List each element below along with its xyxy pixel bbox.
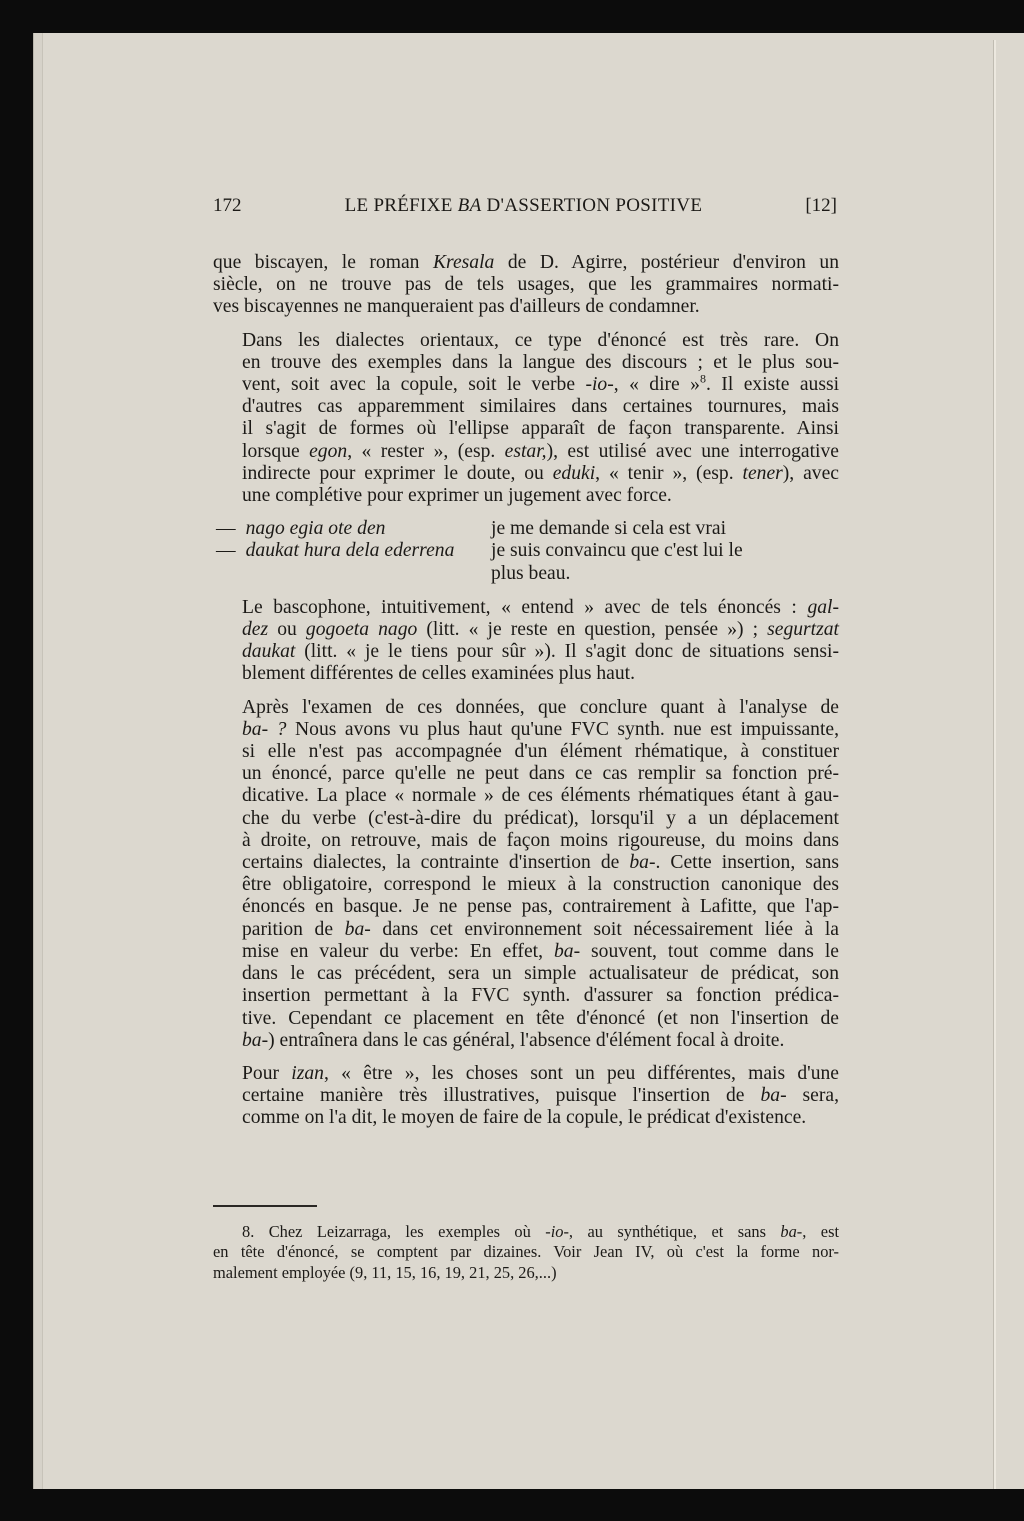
paragraph: Pour izan, « être », les choses sont un … [213, 1063, 839, 1130]
text-line: Pour izan, « être », les choses sont un … [213, 1063, 839, 1085]
title-prefix: LE PRÉFIXE [345, 195, 458, 216]
example-row: —daukat hura dela ederrena je suis conva… [213, 540, 839, 584]
footnote-ref: 8 [700, 371, 706, 385]
paragraph: que biscayen, le roman Kresala de D. Agi… [213, 252, 839, 319]
text-line: insertion permettant à la FVC synth. d'a… [213, 985, 839, 1007]
text-line: 8. Chez Leizarraga, les exemples où -io-… [213, 1222, 839, 1242]
text-line: parition de ba- dans cet environnement s… [213, 919, 839, 941]
text-line: il s'agit de formes où l'ellipse apparaî… [213, 418, 839, 440]
text-line: dans le cas précédent, sera un simple ac… [213, 963, 839, 985]
page-number: 172 [213, 195, 242, 217]
text-line: à droite, on retrouve, mais de façon moi… [213, 830, 839, 852]
text-line: vent, soit avec la copule, soit le verbe… [213, 374, 839, 396]
text-line: d'autres cas apparemment similaires dans… [213, 396, 839, 418]
text-line: Après l'examen de ces données, que concl… [213, 697, 839, 719]
page-fold [993, 40, 996, 1489]
running-title: LE PRÉFIXE BA D'ASSERTION POSITIVE [345, 195, 703, 217]
text-line: siècle, on ne trouve pas de tels usages,… [213, 274, 839, 296]
translation-line: plus beau. [491, 563, 570, 584]
title-suffix: D'ASSERTION POSITIVE [481, 195, 702, 216]
text-line: ba-) entraînera dans le cas général, l'a… [213, 1030, 839, 1052]
translation-line: je suis convaincu que c'est lui le [491, 540, 743, 561]
text-line: être obligatoire, correspond le mieux à … [213, 874, 839, 896]
basque-text: daukat hura dela ederrena [246, 540, 455, 561]
example-basque: —nago egia ote den [213, 518, 491, 540]
text-line: tive. Cependant ce placement en tête d'é… [213, 1008, 839, 1030]
footnote: 8. Chez Leizarraga, les exemples où -io-… [213, 1222, 839, 1283]
example-translation: je suis convaincu que c'est lui leplus b… [491, 540, 839, 584]
translation-line: je me demande si cela est vrai [491, 518, 726, 539]
running-header: 172 LE PRÉFIXE BA D'ASSERTION POSITIVE [… [213, 195, 837, 217]
paragraph: Le bascophone, intuitivement, « entend »… [213, 597, 839, 686]
dash: — [216, 540, 236, 561]
text-line: dicative. La place « normale » de ces él… [213, 785, 839, 807]
example-row: —nago egia ote den je me demande si cela… [213, 518, 839, 540]
text-line: blement différentes de celles examinées … [213, 663, 839, 685]
text-line: malement employée (9, 11, 15, 16, 19, 21… [213, 1263, 839, 1283]
text-line: lorsque egon, « rester », (esp. estar,),… [213, 441, 839, 463]
title-italic: BA [458, 195, 482, 216]
text-line: dez ou gogoeta nago (litt. « je reste en… [213, 619, 839, 641]
text-line: ves biscayennes ne manqueraient pas d'ai… [213, 296, 839, 318]
text-line: Dans les dialectes orientaux, ce type d'… [213, 330, 839, 352]
text-line: si elle n'est pas accompagnée d'un éléme… [213, 741, 839, 763]
text-line: en tête d'énoncé, se comptent par dizain… [213, 1242, 839, 1262]
text-line: en trouve des exemples dans la langue de… [213, 352, 839, 374]
text-line: ba- ? Nous avons vu plus haut qu'une FVC… [213, 719, 839, 741]
dash: — [216, 518, 236, 539]
basque-text: nago egia ote den [246, 518, 386, 539]
example-translation: je me demande si cela est vrai [491, 518, 839, 540]
text-line: mise en valeur du verbe: En effet, ba- s… [213, 941, 839, 963]
text-line: une complétive pour exprimer un jugement… [213, 485, 839, 507]
text-line: certaine manière très illustratives, pui… [213, 1085, 839, 1107]
page-stack-edge [33, 33, 43, 1489]
text-line: un énoncé, parce qu'elle ne peut dans ce… [213, 763, 839, 785]
section-number: [12] [805, 195, 837, 217]
text-line: daukat (litt. « je le tiens pour sûr »).… [213, 641, 839, 663]
text-line: que biscayen, le roman Kresala de D. Agi… [213, 252, 839, 274]
text-line: certains dialectes, la contrainte d'inse… [213, 852, 839, 874]
text-line: indirecte pour exprimer le doute, ou edu… [213, 463, 839, 485]
paragraph: Après l'examen de ces données, que concl… [213, 697, 839, 1052]
text-line: che du verbe (c'est-à-dire du prédicat),… [213, 808, 839, 830]
main-text: que biscayen, le roman Kresala de D. Agi… [213, 252, 839, 1141]
example-list: —nago egia ote den je me demande si cela… [213, 518, 839, 585]
text-line: Le bascophone, intuitivement, « entend »… [213, 597, 839, 619]
paragraph: Dans les dialectes orientaux, ce type d'… [213, 330, 839, 508]
footnote-rule [213, 1205, 317, 1207]
text-line: énoncés en basque. Je ne pense pas, cont… [213, 896, 839, 918]
text-line: comme on l'a dit, le moyen de faire de l… [213, 1107, 839, 1129]
example-basque: —daukat hura dela ederrena [213, 540, 491, 584]
